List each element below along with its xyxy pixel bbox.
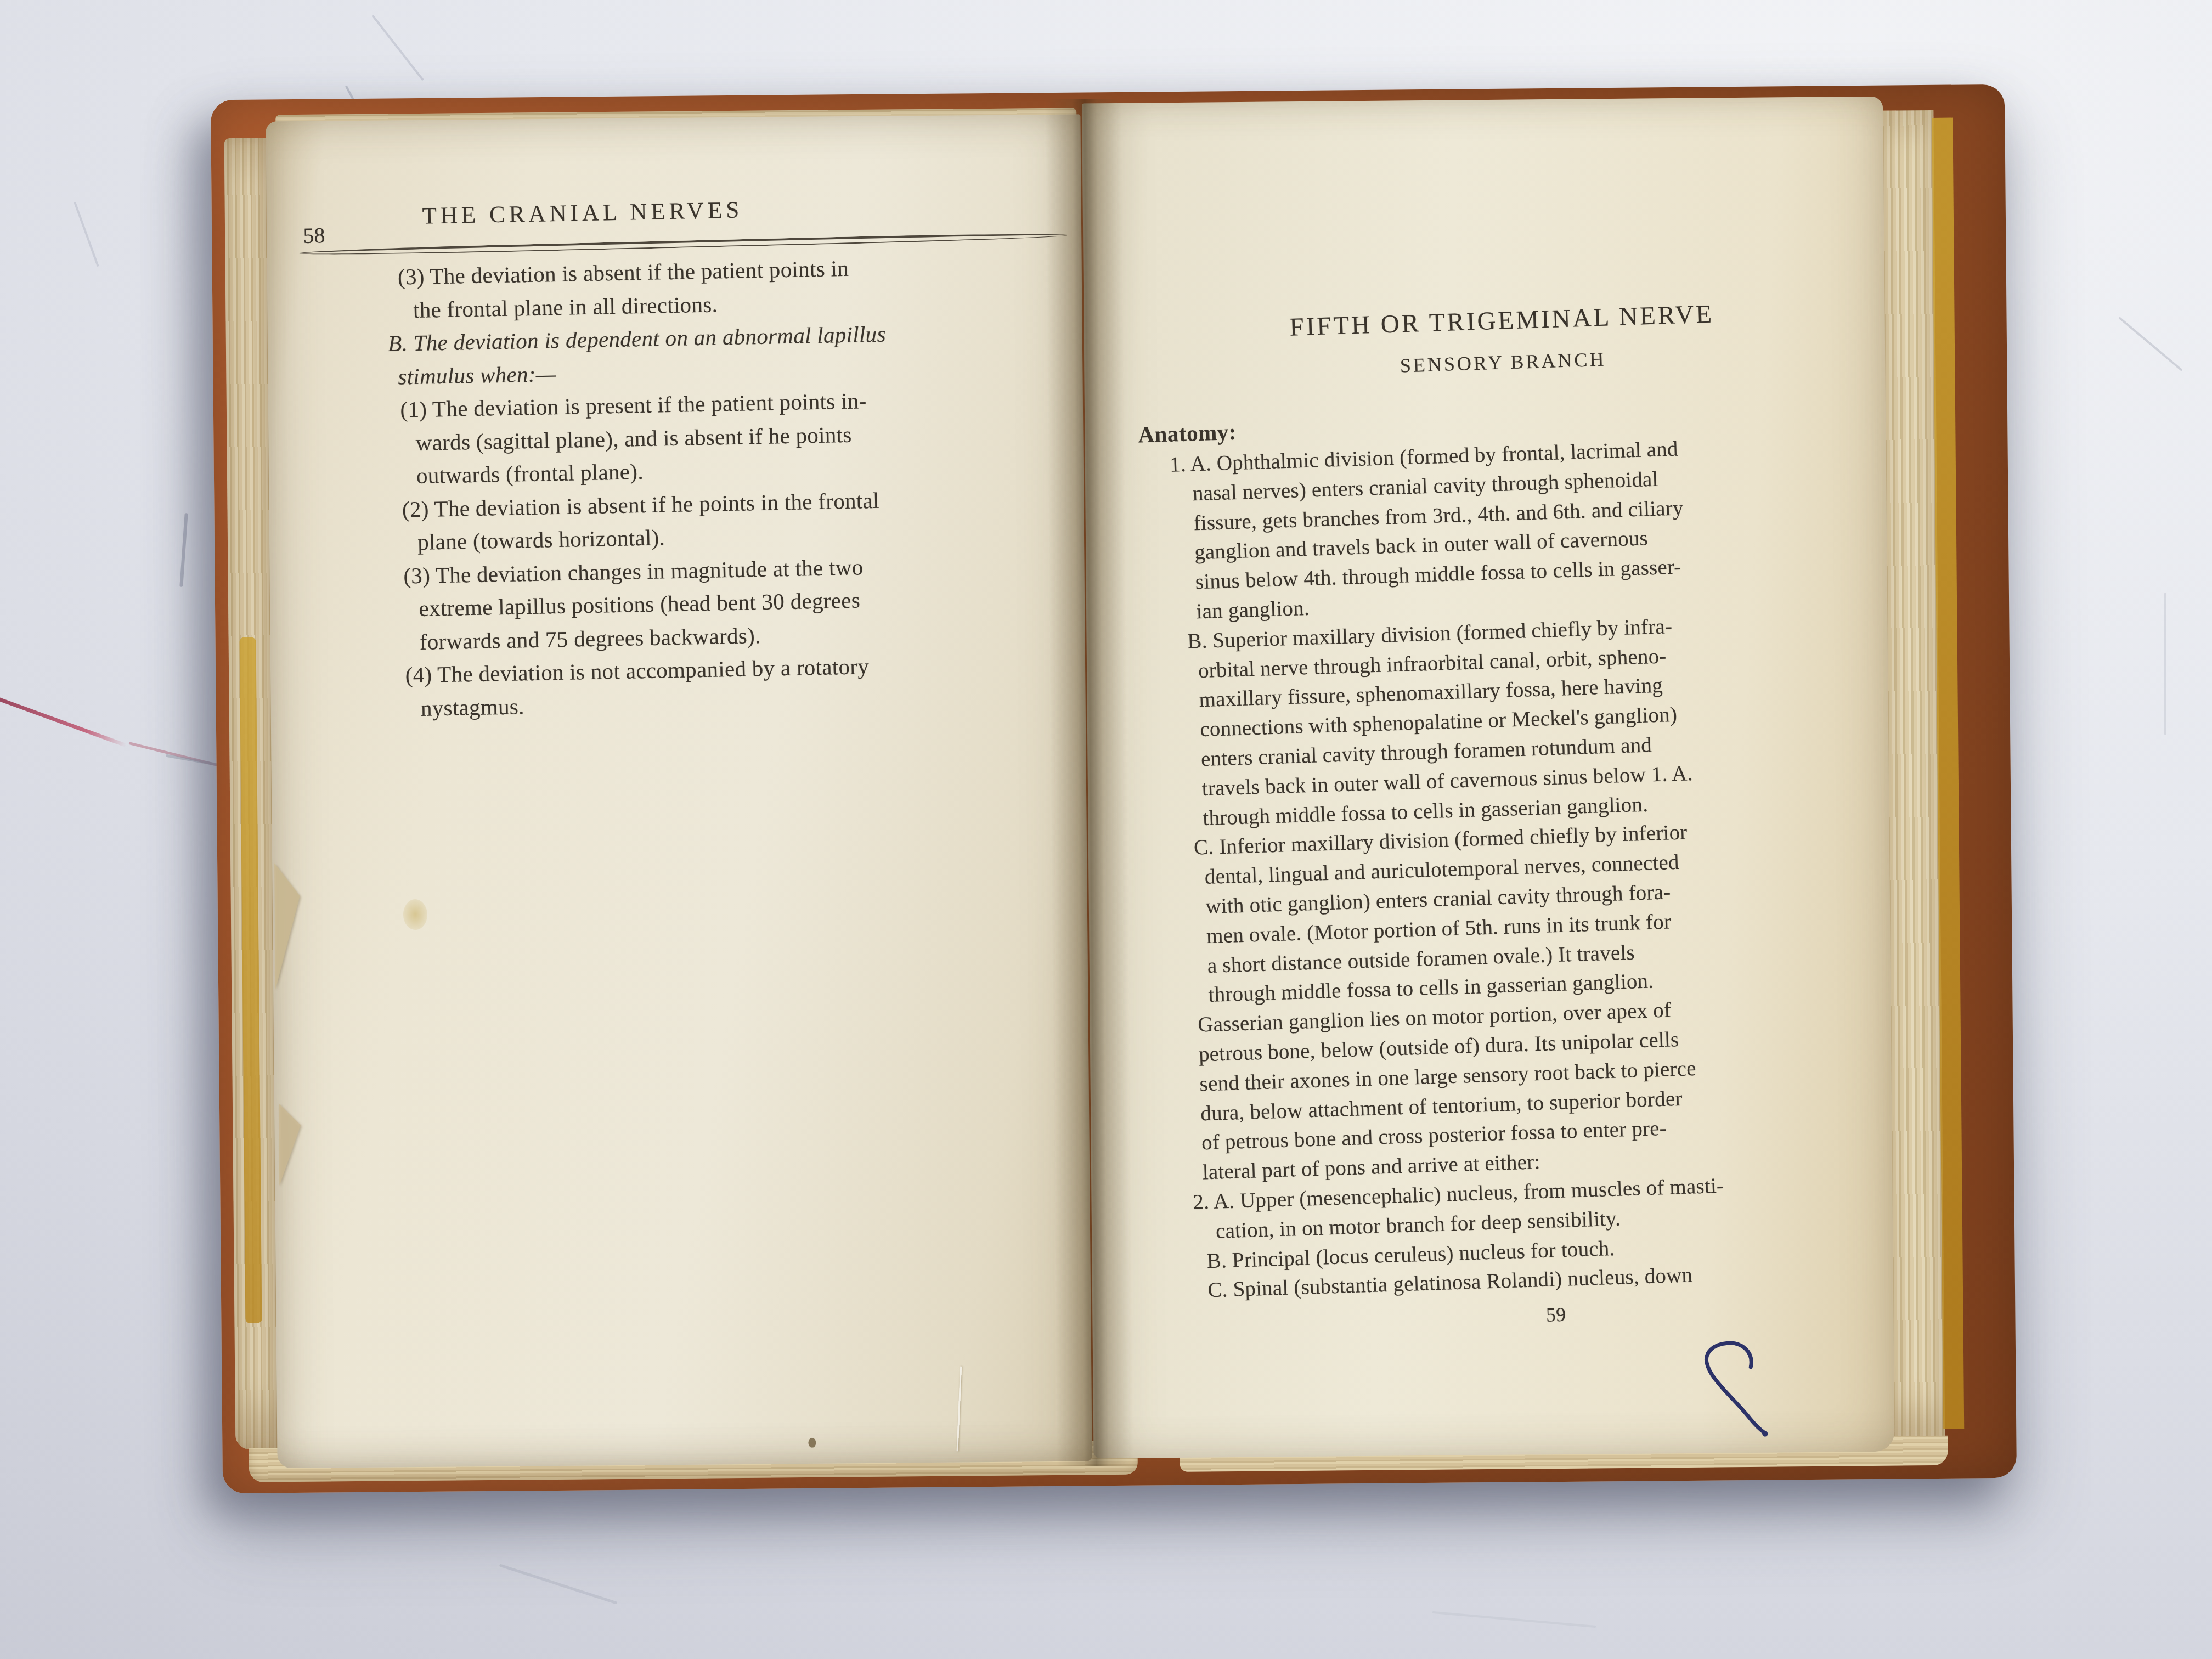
page-number: 58: [303, 222, 325, 249]
right-page-content: FIFTH OR TRIGEMINAL NERVE SENSORY BRANCH…: [1079, 81, 1922, 1461]
left-page-content: 58 THE CRANIAL NERVES (3) The deviation …: [259, 110, 1099, 1472]
gray-scratch-mark: [179, 513, 188, 587]
running-head: THE CRANIAL NERVES: [422, 196, 743, 229]
section-label: Anatomy:: [1138, 419, 1237, 448]
right-page: FIFTH OR TRIGEMINAL NERVE SENSORY BRANCH…: [1082, 97, 1894, 1459]
gray-scratch-mark: [2118, 317, 2182, 371]
red-scratch-mark: [0, 696, 127, 747]
right-page-text: 1. A. Ophthalmic division (formed by fro…: [1090, 430, 1917, 1310]
left-page-text: (3) The deviation is absent if the patie…: [261, 251, 1085, 731]
chapter-subtitle: SENSORY BRANCH: [1118, 338, 1888, 386]
gray-scratch-mark: [499, 1564, 618, 1604]
gray-scratch-mark: [74, 202, 99, 267]
open-book: 58 THE CRANIAL NERVES (3) The deviation …: [211, 84, 2017, 1493]
gray-scratch-mark: [1432, 1611, 1596, 1628]
gray-scratch-mark: [371, 15, 424, 81]
chapter-title: FIFTH OR TRIGEMINAL NERVE: [1116, 294, 1887, 347]
photo-of-open-book: { "left_page": { "page_number": "58", "r…: [0, 0, 2212, 1659]
gray-scratch-mark: [2164, 592, 2166, 735]
left-page: 58 THE CRANIAL NERVES (3) The deviation …: [266, 114, 1092, 1468]
blue-pen-mark: [1700, 1339, 1773, 1438]
